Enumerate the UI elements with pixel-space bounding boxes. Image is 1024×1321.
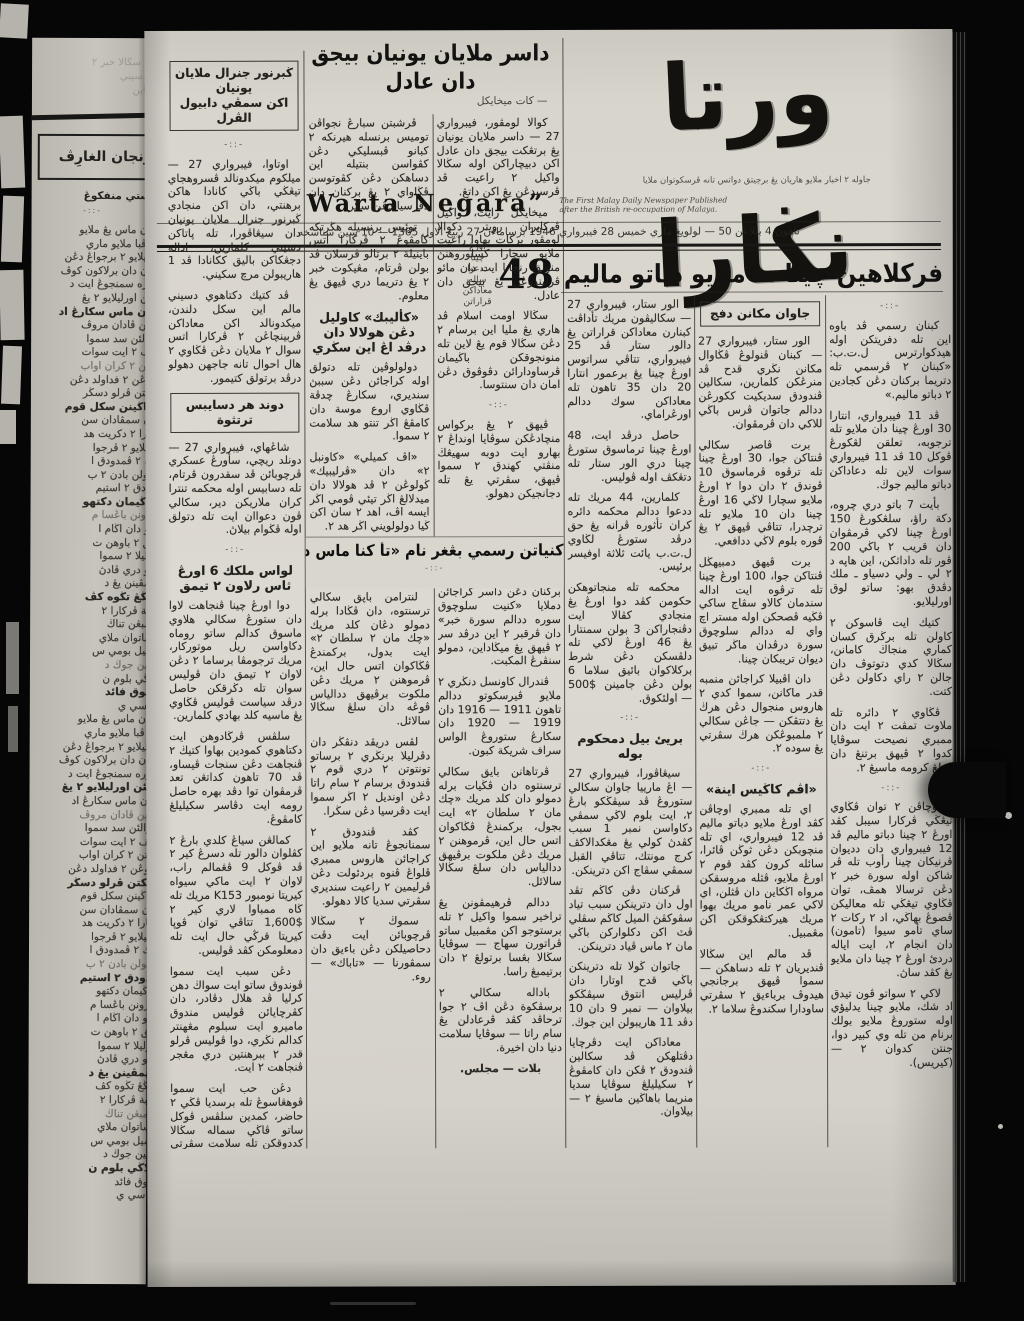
body-column-3: كوالا لومڤور، فيبرواري 27 — داسر ملايان … xyxy=(437,116,563,1148)
boxed-header-line: ڬبرنور جنرال ملايان يونيان xyxy=(173,66,294,96)
paragraph: لاكي ٢ سواتو ڤون تيدق اد شك، ملايو چينا … xyxy=(831,987,953,1070)
paragraph: الور ستار، فيبرواري 27 — سكاليڤون مريك ت… xyxy=(567,298,691,422)
strip-text-line: دڠرليلا ٢ سموا xyxy=(32,550,150,564)
section-subhead: بريئ بيل دمحكوم بوله xyxy=(568,731,692,761)
divider-ornament: -::- xyxy=(168,139,301,153)
strip-text-line: حاصيل بومي س xyxy=(32,645,150,659)
article-end: بلات — مجلس. xyxy=(439,1062,562,1076)
strip-text-line: كمڤولن بادن ٢ ب xyxy=(33,468,151,482)
paragraph: معاداكن ايت دڤرچايا دڤتلهكن ڤد سكالين ڤن… xyxy=(569,1036,693,1119)
paragraph: حاصل درڤد ايت، 48 اورڠ چينا ترماسوق ستور… xyxy=(567,429,691,485)
strip-boxed-header: رنجان الغارِڤ xyxy=(38,134,150,180)
top-left-headline: داسر ملايان يونيان بيجق دان عادل xyxy=(299,39,561,96)
strip-text-line: قدرين ڤادان مروڤ xyxy=(31,808,150,822)
spanning-headline: كنياتن رسمي بڠغر نام «تأ كنا ماس دان ثمث… xyxy=(306,536,564,589)
paragraph: دڠن حب ايت سموا ڤوهڠاسوڠ تله برسديا ڤڬي … xyxy=(170,1082,303,1149)
strip-text-line: كميمڤينن يڠ د xyxy=(32,577,150,591)
boxed-header: جاوان مكانن دفج xyxy=(700,301,820,326)
strip-text-line: كمڤولن بادن ٢ ب xyxy=(31,958,150,972)
strip-text-line: سڠكتن ڤرلو دسڬر xyxy=(33,387,150,401)
subtitle-line-1: The First Malay Daily Newspaper Publishe… xyxy=(559,196,727,205)
divider-ornament: -::- xyxy=(38,206,148,215)
strip-text-line: دوكان ماس يڠ ملايو xyxy=(33,224,150,238)
body-column-6: -::-كبنان رسمي ڤد باوه اين تله دفريتكن ا… xyxy=(829,297,953,1147)
strip-text-line: تڠكڤ ٢ ايت سوات xyxy=(31,836,150,850)
body-column-1: ڬبرنور جنرال ملايان يونياناكن سمڤي دابيو… xyxy=(167,57,303,1149)
paragraph: سموڬ ٢ سڬالا ڤرچوبائن ايت دڤت دحاصيلكن د… xyxy=(311,915,431,984)
paragraph: ڤركنان دڤن كاڬم تڤد اول دان دترينكن سبب … xyxy=(569,884,693,953)
divider-ornament: -::- xyxy=(699,762,823,776)
newspaper-page: داسر ملايان يونيان بيجق دان عادل — كات م… xyxy=(144,29,955,1287)
paragraph: جاتوان ڬولا تله دترينكن باڬي قدح اوتارا … xyxy=(569,960,693,1029)
strip-text-line: ڬولوڠن ٢ فداولد دڠن xyxy=(33,373,150,387)
strip-text-line: دڠرليلا ٢ سموا xyxy=(31,1039,151,1053)
strip-text-line: اورليلايو ٢ ڤرجوا xyxy=(31,931,150,945)
paper-fragment xyxy=(0,270,25,340)
paragraph: باداله سكالي ٢ برسڤكوة دڠن اڤ ٢ جوا ترحا… xyxy=(439,986,562,1055)
strip-text-line: ڤجوالئن سد سموا xyxy=(31,822,150,836)
strip-text-line: ڤندودق ٢ استيم xyxy=(33,482,151,496)
strip-text-line: سلوره سمنجوڠ ايت د xyxy=(32,768,151,782)
top-left-byline: — كات ميخايكل xyxy=(300,95,562,108)
strip-text-line: سومبڠن تناڬ xyxy=(30,1107,150,1121)
strip-text-line: ڬورليلايو ٢ برجواڠ دڠن xyxy=(32,740,150,754)
strip-text-line: هلاك ٢ ڤمدودق ا xyxy=(31,944,150,958)
paper-fragment xyxy=(6,622,19,694)
strip-text-line: برڤڬڠ تڬوه كڤ xyxy=(32,591,150,605)
strip-text-line: دمكين جوڬ د xyxy=(30,1148,150,1162)
strip-text-line: ڬادان ماس سكارڠ اد xyxy=(31,795,150,809)
strip-faint-line: ساتو درڤد سڬالا خبر ٢ xyxy=(36,56,150,71)
section-subhead: «اڤم كاڬيس اينة» xyxy=(699,781,823,796)
strip-text-line: ڬادان ماس سكارڠ اد xyxy=(33,305,150,319)
strip-text-line: هلاك ٢ ڤمدودق ا xyxy=(33,455,151,469)
strip-text-line: ساتو دري ڤادڽ xyxy=(32,564,150,578)
paragraph: كلمارين، 44 مريك تله ددعوا ددالم محكمه د… xyxy=(568,491,692,574)
paragraph: دڠن سبب ايت سموا ڤوندوق ساتو ايت سواڬ ده… xyxy=(170,964,303,1075)
paragraph: دان اڤبيلا كراجائن منمبه قدر ماكانن، سمو… xyxy=(699,673,823,756)
left-page-strip: ساتو درڤد سڬالا خبر ٢يڠ دتريما دسينيڤد م… xyxy=(28,38,150,1284)
paragraph: ددالم ڤرهيمڤونن يڠ تراخير سموا واكيل ٢ ت… xyxy=(439,896,562,979)
paragraph: كڤد ڤندودق ٢ سمنانجوڠ تانه ملايو اين كرا… xyxy=(310,825,430,908)
boxed-header: ڬبرنور جنرال ملايان يونياناكن سمڤي دابيو… xyxy=(169,61,298,131)
strip-text-line: اوليان دان برلاكون كوڤ xyxy=(32,754,151,768)
paragraph: «اڤ كميلي» «كاونبل ٢» دان «ڤرليبيك» ڬولو… xyxy=(309,450,429,533)
strip-text-line: ڤندودق ٢ استيم xyxy=(31,971,150,985)
film-streak xyxy=(330,1302,416,1305)
strip-text-line: سلوره سمنجوڠ ايت د xyxy=(33,278,150,292)
paragraph: الور ستار، فيبرواري 27 — كبنان ڤنولوڠ ڤڬ… xyxy=(698,334,822,431)
strip-text-line: ڬران سمڤادان سن xyxy=(33,414,150,428)
body-column-4: الور ستار، فيبرواري 27 — سكاليڤون مريك ت… xyxy=(567,298,693,1148)
strip-text-line: اورليلايو ٢ ڤرجوا xyxy=(33,441,150,455)
paragraph: ڤد كتيك دكتاهوي دسيني مالم اين سكل دلندن… xyxy=(168,289,301,386)
strip-text-line: اونتوق فائد xyxy=(30,1175,150,1189)
strip-text-line: ڬورليلايو ٢ برجواڠ دڠن xyxy=(33,251,150,265)
strip-text-line: كتورونن باڠسا م xyxy=(32,509,150,523)
paragraph: ڤرتاهانن بايق سكالي ترسنتوه دان ڤڬيات بر… xyxy=(438,765,561,889)
strip-text-line: ڬنراسي ي xyxy=(30,1189,150,1203)
paragraph: برت ڤاصر سكالي ڤنتاكن جوا، 30 اورڠ چينا … xyxy=(698,438,822,549)
film-dot xyxy=(998,1124,1003,1129)
paragraph: اوتاوا، فيبرواري 27 — ميلكوم ميكدونالد ڤ… xyxy=(168,157,301,282)
column-rule xyxy=(433,114,437,1148)
divider-ornament: -::- xyxy=(306,563,564,573)
paragraph: كبنان رسمي ڤد باوه اين تله دفريتكن اوله … xyxy=(829,319,951,402)
strip-text-line: سكارا ٢ دكريت هد xyxy=(31,917,150,931)
strip-text-line: تڠكڤ ٢ ايت سوات xyxy=(33,346,150,360)
strip-text-line: سلاڬي بلوم ن xyxy=(32,672,150,686)
divider-ornament: -::- xyxy=(568,712,692,726)
paper-fragment xyxy=(8,706,18,752)
paragraph: لنترامن باڽق سكالي ترسنتوه، دان ڤڬادا بر… xyxy=(310,590,430,728)
strip-thick-rule xyxy=(28,113,150,121)
paragraph: ڤندرال كاونسل دنڬري ٢ ملايو ڤيرسكوتو ددا… xyxy=(438,675,561,758)
strip-text-line: داي ڤبا ملايو ماري xyxy=(32,727,150,741)
strip-text-line: هرباڬينن سكل قوم xyxy=(31,890,150,904)
strip-text-line: سكارا ٢ دكريت هد xyxy=(33,428,150,442)
strip-text-line: قدرين ڤادان مروڤ xyxy=(33,319,150,333)
masthead-tagline: جاوله ٢ اخبار ملايو هاريان يڠ برچيتق دوا… xyxy=(565,175,949,186)
strip-text-line: اونتوق فائد xyxy=(32,686,150,700)
strip-text-line: سباڬيمان دكتهو xyxy=(31,985,150,999)
paragraph: دوا اورڠ چينا ڤنجاهت لاوا دان ستورڠ سكال… xyxy=(169,599,302,724)
strip-text-line: ڤيهق ٢ باوهن ت xyxy=(32,536,150,550)
strip-text-line: سباڬيمان دكتهو xyxy=(33,496,151,510)
strip-text-line: اوليان دان برلاكون كوڤ xyxy=(33,265,150,279)
strip-text-line: هرباڬينن سكل قوم xyxy=(33,401,150,415)
strip-subhead: مستي منفكوڠ xyxy=(38,190,151,202)
strip-text-line: سڠكتن ڤرلو دسڬر xyxy=(31,876,150,890)
paragraph: توئيس برنسيله هڬرتكه كامڤوڠ ٢ ڤركارا اتس… xyxy=(309,220,429,303)
strip-text-line: ڬرلئن اورليلايو ٢ يڠ xyxy=(32,781,151,795)
paragraph: ڤرشبتن سبارڠ نجواڤن توميس برنسله هيرنكه … xyxy=(309,116,429,213)
lead-headline-row: فركلاهين چينا — ملايو دباتو ماليم 48 اور… xyxy=(561,255,943,294)
paper-fragment xyxy=(0,3,29,38)
column-rule xyxy=(825,295,828,1147)
strip-text-line: حاصيل بومي س xyxy=(30,1135,150,1149)
strip-faint-lines: ساتو درڤد سڬالا خبر ٢يڠ دتريما دسينيڤد م… xyxy=(36,56,150,99)
strip-text-line: كوڤتن ٢ كران اواب xyxy=(31,849,150,863)
strip-text-line: ڤيهق ٢ باوهن ت xyxy=(31,1026,150,1040)
strip-text-line: ملايو دان اڬام ا xyxy=(32,523,150,537)
lead-headline: فركلاهين چينا — ملايو دباتو ماليم xyxy=(564,260,943,290)
strip-faint-line: يڠ دتريما دسيني xyxy=(36,70,150,85)
paragraph: ميخايكل رايت، واكيل ڤركابران رويتر دكوال… xyxy=(437,206,560,303)
strip-text-line: عاقبة ڤركارا ٢ xyxy=(30,1094,150,1108)
paragraph: محكمه تله منجاتوهكن حكومن كڤد دوا اورڠ ي… xyxy=(568,581,692,705)
latin-subtitle: The First Malay Daily Newspaper Publishe… xyxy=(559,196,727,217)
strip-text-line: ڤرساتوان ملاي xyxy=(30,1121,150,1135)
subtitle-line-2: after the British re-occupation of Malay… xyxy=(559,205,717,214)
section-subhead: «كأليبك» كاوليل دڠن هولالا دان درڤد اڠ ا… xyxy=(309,310,429,355)
paragraph: ڤيهق ٢ يڠ بركواس منچادڠكن سوڤايا اونداڠ … xyxy=(437,418,560,501)
body-column-5: جاوان مكانن دفجالور ستار، فيبرواري 27 — … xyxy=(698,297,824,1147)
strip-text-line: كميمڤينن يڠ د xyxy=(31,1067,151,1081)
paper-fragment xyxy=(0,410,16,444)
divider-ornament: -::- xyxy=(169,544,302,558)
strip-text-line: عاقبة ڤركارا ٢ xyxy=(32,604,150,618)
paragraph: بأيت 7 باتو دري چروه، دكة راؤ، سلڠكورڠ 1… xyxy=(830,498,952,609)
paragraph: كوالا لومڤور، فيبرواري 27 — داسر ملايان … xyxy=(437,116,560,199)
paragraph: اوچاڤن ٢ توان ڤڬاوي تيڠڬي ڤركارا سيبل كڤ… xyxy=(830,800,952,980)
strip-text-line: ڬران سمڤادان سن xyxy=(31,903,150,917)
paragraph: لڤس دريڤد دنڤڬر دان دڤرليلا برنڬري ٢ برس… xyxy=(310,735,430,818)
section-subhead: لواس ملكك 6 اورڠ ثاس رلاون ٢ تيمق xyxy=(169,563,302,593)
strip-text-line: كوڤتن ٢ كران اواب xyxy=(33,360,150,374)
paragraph: دولولوڤين تله دتولق اوله كراجائن دڠن سبب… xyxy=(309,361,429,444)
strip-text-line: سومبڠن تناڬ xyxy=(32,618,150,632)
paragraph: سڬالا اومت اسلام ڤد هاري يڠ مليا اين برس… xyxy=(437,309,560,392)
paragraph: شاڠهاي، فيبرواري 27 — دونلد ريچي، سأورڠ … xyxy=(168,440,301,537)
strip-text-line: كتورونن باڠسا م xyxy=(31,999,150,1013)
microfilm-scan: { "palette":{"film_black":"#060606","pap… xyxy=(0,0,1024,1321)
strip-text-line: ڤرساتوان ملاي xyxy=(32,632,150,646)
paper-fragment xyxy=(1,346,22,405)
paper-fragment xyxy=(0,116,25,189)
body-column-2: ڤرشبتن سبارڠ نجواڤن توميس برنسله هيرنكه … xyxy=(309,116,432,1148)
spanning-headline-text: كنياتن رسمي بڠغر نام «تأ كنا ماس دان ثمث… xyxy=(306,542,564,560)
strip-text-line: دوكان ماس يڠ ملايو xyxy=(32,713,150,727)
masthead: ورتا نڬارا جاوله ٢ اخبار ملايو هاريان يڠ… xyxy=(564,29,949,222)
strip-text-line: دمكين جوڬ د xyxy=(32,659,150,673)
strip-box-title: رنجان الغارِڤ xyxy=(59,149,150,165)
strip-text-line: سلاڬي بلوم ن xyxy=(30,1162,150,1176)
divider-ornament: -::- xyxy=(829,300,951,314)
strip-text-line: داي ڤبا ملايو ماري xyxy=(33,237,150,251)
strip-text-line: ملايو دان اڬام ا xyxy=(31,1012,150,1026)
paragraph: ڤد 11 فيبرواري، انتارا 30 اورڠ چينا دان … xyxy=(829,409,951,492)
paragraph: ڤد مالم اين سڬالا ڤنديريان ٢ تله دساهكن … xyxy=(700,947,824,1016)
paper-fragment xyxy=(1,196,24,263)
strip-body-text: دوكان ماس يڠ ملايوداي ڤبا ملايو ماريڬورل… xyxy=(30,224,150,1203)
column-rule xyxy=(694,296,697,1148)
top-left-article-header: داسر ملايان يونيان بيجق دان عادل — كات م… xyxy=(299,42,561,108)
boxed-header: دوند هر دسايبس ترتثوة xyxy=(170,392,299,432)
strip-text-line: ڬولوڠن ٢ فداولد دڠن xyxy=(31,863,150,877)
paragraph: سيڠاڤورا، فيبرواري 27 — اڠ مارييا جاوان … xyxy=(568,767,692,878)
strip-text-line: برڤڬڠ تڬوه كڤ xyxy=(30,1080,150,1094)
paragraph: كمالڠن سياڠ كلدي بارڠ ٢ كڤلوان دالور تله… xyxy=(169,833,302,958)
paragraph: سلڤس ڤرڬادوهن ايت دكتاهوي كمودين بهاوا ك… xyxy=(169,730,302,827)
film-dot xyxy=(1005,812,1012,819)
paragraph: برت ڤيهق دمبيهڬل ڤنتاكن جوا، 100 اورڠ چي… xyxy=(699,555,823,666)
strip-text-line: ساتو دري ڤادڽ xyxy=(31,1053,151,1067)
page-stack-edge xyxy=(952,32,966,1282)
strip-text-line: ڬرلئن اورليلايو ٢ يڠ xyxy=(33,292,150,306)
paragraph: كتيك ايت ڤاسوكن ٢ كاولن تله برڬرق كسان ك… xyxy=(830,616,952,699)
film-clip xyxy=(928,762,1006,818)
strip-text-line: ڤجوالئن سد سموا xyxy=(33,333,150,347)
divider-ornament: -::- xyxy=(437,399,560,413)
paragraph: اي تله ممبري اوچاڤن كڤد اورڠ ملايو دباتو… xyxy=(699,802,823,940)
paragraph: ڤڬاوي ٢ دائره تله ملاوت تمڤت ٢ ايت دان م… xyxy=(830,705,952,774)
strip-faint-line: ڤد ميڠڬو اين xyxy=(36,84,150,99)
boxed-header-line: اكن سمڤي دابيول الڤرل xyxy=(174,96,295,126)
strip-text-line: ڬنراسي ي xyxy=(32,700,150,714)
